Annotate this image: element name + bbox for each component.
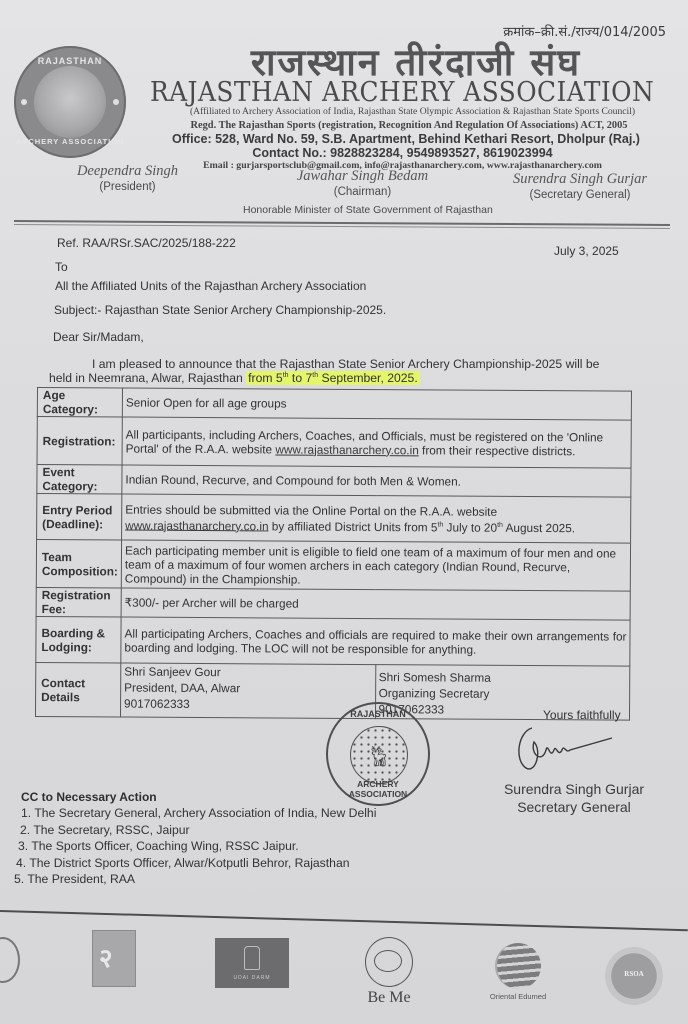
logo-ring (365, 937, 413, 987)
hindi-title: राजस्थान तीरंदाजी संघ (160, 42, 672, 82)
greeting: Dear Sir/Madam, (53, 330, 144, 344)
to-label: To (55, 260, 68, 274)
officer-note: Honorable Minister of State Government o… (243, 204, 493, 216)
row-value: All participating Archers, Coaches and o… (121, 617, 630, 666)
website-link[interactable]: www.rajasthanarchery.co.in (275, 442, 418, 457)
logo-top-text: RAJASTHAN (14, 56, 126, 66)
row-value: Indian Round, Recurve, and Compound for … (122, 465, 631, 497)
affiliation-line: (Affiliated to Archery Association of In… (160, 106, 665, 117)
contact-designation: Organizing Secretary (379, 685, 627, 703)
letter-date: July 3, 2025 (554, 244, 619, 258)
cc-title: CC to Necessary Action (21, 790, 157, 804)
sponsor-label: UDAI DARM (215, 975, 289, 981)
logo-dot (21, 99, 27, 105)
officer-president: Deependra Singh (President) (60, 163, 195, 193)
entry-text: Entries should be submitted via the Onli… (125, 502, 497, 518)
logo-emblem (34, 66, 106, 138)
row-value: ₹300/- per Archer will be charged (121, 588, 630, 620)
officer-chairman: Jawahar Singh Bedam (Chairman) (270, 168, 455, 198)
table-row: Registration Fee: ₹300/- per Archer will… (36, 587, 630, 620)
list-item: 5. The President, RAA (14, 872, 376, 889)
list-item: 4. The District Sports Officer, Alwar/Ko… (14, 856, 376, 873)
date-from-text: from 5 (248, 371, 283, 385)
rajasthan-sports-logo-icon: २ (92, 930, 136, 987)
entry-text: July to 20 (443, 520, 497, 534)
table-row: Boarding & Lodging: All participating Ar… (36, 616, 630, 666)
signature-icon (512, 720, 622, 775)
row-label: Event Category: (37, 465, 122, 495)
logo-glyph: २ (99, 939, 113, 975)
row-label: Registration Fee: (36, 587, 121, 617)
list-item: 1. The Secretary General, Archery Associ… (14, 806, 376, 823)
officer-name: Surendra Singh Gurjar (490, 171, 670, 188)
officer-role: (Secretary General) (490, 189, 670, 201)
row-label: Age Category: (37, 388, 122, 418)
registration-line: Regd. The Rajasthan Sports (registration… (150, 120, 668, 131)
intro-paragraph-line-1: I am pleased to announce that the Rajast… (92, 357, 599, 371)
english-title: RAJASTHAN ARCHERY ASSOCIATION (150, 78, 628, 108)
registration-number: क्रमांक–क्री.सं./राज्य/014/2005 (503, 22, 666, 40)
rsoa-logo-icon: RSOA (605, 947, 663, 1005)
table-row: Team Composition: Each participating mem… (36, 540, 630, 592)
row-value: Each participating member unit is eligib… (121, 540, 630, 591)
date-month-text: September, 2025. (318, 371, 418, 385)
letter-page: क्रमांक–क्री.सं./राज्य/014/2005 RAJASTHA… (0, 0, 688, 1024)
subject-line: Subject:- Rajasthan State Senior Archery… (54, 303, 386, 317)
row-value: Senior Open for all age groups (122, 388, 631, 420)
oriental-edumed-logo-icon: Oriental Edumed (487, 943, 549, 1003)
table-row: Event Category: Indian Round, Recurve, a… (37, 465, 631, 498)
officer-role: (Chairman) (270, 186, 455, 198)
officer-secretary-general: Surendra Singh Gurjar (Secretary General… (490, 171, 670, 201)
logo-bottom-text: ARCHERY ASSOCIATION (14, 137, 126, 146)
row-label: Contact Details (35, 662, 120, 717)
table-row: Age Category: Senior Open for all age gr… (37, 388, 631, 421)
row-label: Registration: (37, 417, 122, 466)
highlighted-dates: from 5th to 7th September, 2025. (246, 371, 420, 385)
seal-top-text: RAJASTHAN (328, 709, 428, 719)
logo-emblem (244, 946, 260, 970)
logo-globe (495, 943, 541, 989)
row-label: Entry Period (Deadline): (37, 494, 122, 541)
contact-name: Shri Somesh Sharma (379, 669, 627, 687)
table-row: Entry Period (Deadline): Entries should … (37, 494, 631, 544)
registration-text-end: from their respective districts. (419, 443, 576, 458)
logo-dot (113, 99, 119, 105)
officer-role: (President) (60, 181, 195, 193)
footer-divider (0, 910, 688, 931)
row-label: Team Composition: (36, 540, 121, 589)
udai-darm-logo-icon: UDAI DARM (215, 938, 289, 988)
seal-partial-logo-icon (0, 937, 20, 983)
date-to-text: to 7 (289, 371, 313, 385)
signer-title: Secretary General (474, 798, 674, 816)
seal-bottom-text: ARCHERY ASSOCIATION (328, 779, 428, 799)
intro-paragraph-line-2: held in Neemrana, Alwar, Rajasthan from … (49, 371, 420, 385)
entry-text-end: August 2025. (503, 520, 575, 534)
signer-block: Surendra Singh Gurjar Secretary General (474, 780, 674, 816)
entry-text: by affiliated District Units from 5 (268, 519, 437, 534)
list-item: 2. The Secretary, RSSC, Jaipur (14, 823, 376, 840)
contact-numbers: Contact No.: 9828823284, 9549893527, 861… (150, 146, 655, 160)
office-address: Office: 528, Ward No. 59, S.B. Apartment… (144, 132, 668, 146)
contact-name: Shri Sanjeev Gour (124, 664, 372, 682)
row-value: Entries should be submitted via the Onli… (122, 494, 631, 543)
row-value: All participants, including Archers, Coa… (122, 417, 631, 468)
association-seal-icon: RAJASTHAN 🦌︎ ARCHERY ASSOCIATION (326, 702, 430, 806)
beme-logo-icon: Be Me (363, 937, 415, 1009)
championship-details-table: Age Category: Senior Open for all age gr… (35, 387, 632, 721)
officer-name: Deependra Singh (60, 163, 195, 180)
cc-list: 1. The Secretary General, Archery Associ… (14, 806, 376, 889)
officer-name: Jawahar Singh Bedam (270, 168, 455, 185)
sponsor-label: Oriental Edumed (487, 992, 549, 1001)
signer-name: Surendra Singh Gurjar (474, 780, 674, 798)
reference-number: Ref. RAA/RSr.SAC/2025/188-222 (57, 236, 236, 250)
website-link[interactable]: www.rajasthanarchery.co.in (125, 518, 268, 533)
row-label: Boarding & Lodging: (36, 616, 121, 663)
table-row: Registration: All participants, includin… (37, 417, 631, 469)
recipient: All the Affiliated Units of the Rajastha… (55, 279, 366, 293)
sponsor-label: Be Me (363, 989, 415, 1007)
list-item: 3. The Sports Officer, Coaching Wing, RS… (14, 839, 376, 856)
sponsor-label: RSOA (605, 970, 663, 978)
contact-designation: President, DAA, Alwar (124, 680, 372, 698)
association-logo-icon: RAJASTHAN ARCHERY ASSOCIATION (14, 46, 126, 158)
intro-venue: held in Neemrana, Alwar, Rajasthan (49, 371, 246, 385)
deer-icon: 🦌︎ (366, 744, 391, 769)
